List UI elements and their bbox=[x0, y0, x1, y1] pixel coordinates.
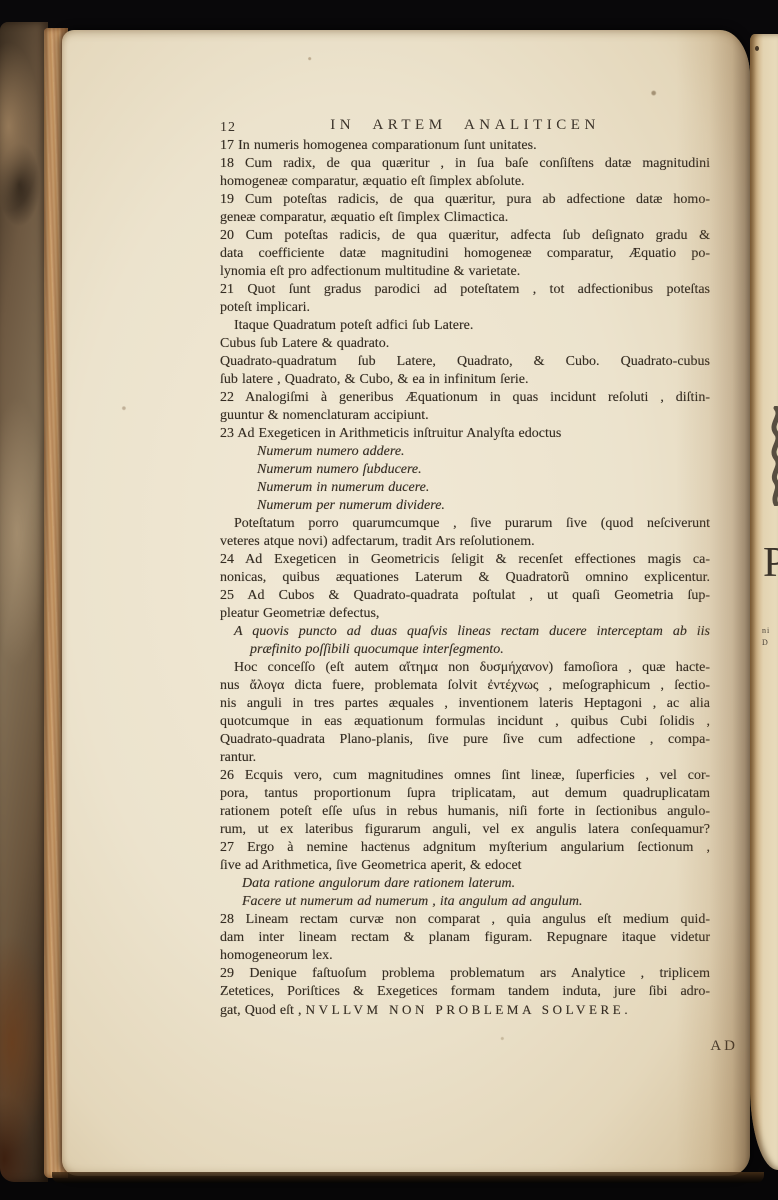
bottom-page-edge-shadow bbox=[52, 1172, 764, 1183]
book-page: 12 IN ARTEM ANALITICEN 17 In numeris hom… bbox=[62, 30, 750, 1176]
text-line: 23 Ad Exegeticen in Arithmeticis inſtrui… bbox=[220, 425, 710, 443]
text-line: dam inter lineam rectam & planam figuram… bbox=[220, 929, 710, 947]
text-line: 26 Ecquis vero, cum magnitudines omnes ſ… bbox=[220, 767, 710, 785]
text-line: 29 Denique faſtuoſum problema problematu… bbox=[220, 965, 710, 983]
text-block: 17 In numeris homogenea comparationum ſu… bbox=[220, 137, 710, 1019]
text-line: nonicas, quibus æquationes Laterum & Qua… bbox=[220, 569, 710, 587]
text-line: homogeneorum lex. bbox=[220, 947, 710, 965]
text-line: 24 Ad Exegeticen in Geometricis ſeligit … bbox=[220, 551, 710, 569]
text-line: 18 Cum radix, de qua quæritur , in ſua b… bbox=[220, 155, 710, 173]
text-line: ſub latere , Quadrato, & Cubo, & ea in i… bbox=[220, 371, 710, 389]
text-line: ſive ad Arithmetica, ſive Geometrica ape… bbox=[220, 857, 710, 875]
text-line: Data ratione angulorum dare rationem lat… bbox=[220, 875, 710, 893]
text-line: Quadrato-quadratum ſub Latere, Quadrato,… bbox=[220, 353, 710, 371]
facing-page-initial: P bbox=[763, 539, 778, 587]
text-line: veteres atque novi) adfectarum, tradit A… bbox=[220, 533, 710, 551]
book-spine-binding bbox=[0, 22, 48, 1182]
text-line: Facere ut numerum ad numerum , ita angul… bbox=[220, 893, 710, 911]
text-line: guuntur & nomenclaturam accipiunt. bbox=[220, 407, 710, 425]
text-line: Cubus ſub Latere & quadrato. bbox=[220, 335, 710, 353]
text-line: 22 Analogiſmi à generibus Æquationum in … bbox=[220, 389, 710, 407]
text-line: poteſt implicari. bbox=[220, 299, 710, 317]
floral-scroll-ornament-icon bbox=[767, 406, 778, 511]
facing-page-sliver: P ni D bbox=[750, 34, 778, 1170]
text-line: rantur. bbox=[220, 749, 710, 767]
text-line: pora, tantus proportionum ſupra triplica… bbox=[220, 785, 710, 803]
text-line: 28 Lineam rectam curvæ non comparat , qu… bbox=[220, 911, 710, 929]
text-run: NVLLVM NON PROBLEMA SOLVERE. bbox=[306, 1002, 632, 1017]
text-line: rationem poteſt eſſe uſus in rebus human… bbox=[220, 803, 710, 821]
text-line: 25 Ad Cubos & Quadrato-quadrata poſtulat… bbox=[220, 587, 710, 605]
gutter-shadow bbox=[676, 30, 750, 1176]
text-line: data coefficiente datæ magnitudini homog… bbox=[220, 245, 710, 263]
text-line: nis anguli in tres partes æquales , inve… bbox=[220, 695, 710, 713]
running-title: IN ARTEM ANALITICEN bbox=[220, 117, 710, 134]
book-scan-photo: 12 IN ARTEM ANALITICEN 17 In numeris hom… bbox=[0, 0, 778, 1200]
text-line: homogeneæ comparatur, æquatio eſt ſimple… bbox=[220, 173, 710, 191]
text-line: geneæ comparatur, æquatio eſt ſimplex Cl… bbox=[220, 209, 710, 227]
text-line: 19 Cum poteſtas radicis, de qua quæritur… bbox=[220, 191, 710, 209]
text-line: pleatur Geometriæ defectus, bbox=[220, 605, 710, 623]
ink-speck bbox=[755, 46, 759, 51]
text-line: Quadrato-quadrata Plano-planis, ſive pur… bbox=[220, 731, 710, 749]
text-line: nus ἄλογα dicta fuere, problemata ſolvit… bbox=[220, 677, 710, 695]
text-line: Zetetices, Poriſtices & Exegetices forma… bbox=[220, 983, 710, 1001]
text-line: Numerum numero addere. bbox=[220, 443, 710, 461]
facing-page-text-fragment: ni bbox=[762, 626, 770, 635]
text-line: 20 Cum poteſtas radicis, de qua quæritur… bbox=[220, 227, 710, 245]
text-line: Numerum per numerum dividere. bbox=[220, 497, 710, 515]
text-line: Numerum in numerum ducere. bbox=[220, 479, 710, 497]
text-line: rum, ut ex lateribus figurarum anguli, v… bbox=[220, 821, 710, 839]
text-line: 27 Ergo à nemine hactenus adgnitum myſte… bbox=[220, 839, 710, 857]
text-line: lynomia eſt pro adfectionum multitudine … bbox=[220, 263, 710, 281]
text-line: Numerum numero ſubducere. bbox=[220, 461, 710, 479]
text-line: præfinito poſſibili quocumque interſegme… bbox=[220, 641, 710, 659]
text-line: Itaque Quadratum poteſt adfici ſub Later… bbox=[220, 317, 710, 335]
facing-page-text-fragment: D bbox=[762, 638, 769, 647]
text-run: gat, Quod eſt , bbox=[220, 1003, 306, 1018]
text-line: Poteſtatum porro quarumcumque , ſive pur… bbox=[220, 515, 710, 533]
text-line: 17 In numeris homogenea comparationum ſu… bbox=[220, 137, 710, 155]
text-line: gat, Quod eſt , NVLLVM NON PROBLEMA SOLV… bbox=[220, 1001, 710, 1019]
text-line: quotcumque in eas æquationum formulas in… bbox=[220, 713, 710, 731]
text-line: Hoc conceſſo (eſt autem αἴτημα non δυσμή… bbox=[220, 659, 710, 677]
text-line: 21 Quot ſunt gradus parodici ad poteſtat… bbox=[220, 281, 710, 299]
text-line: A quovis puncto ad duas quaſvis lineas r… bbox=[220, 623, 710, 641]
